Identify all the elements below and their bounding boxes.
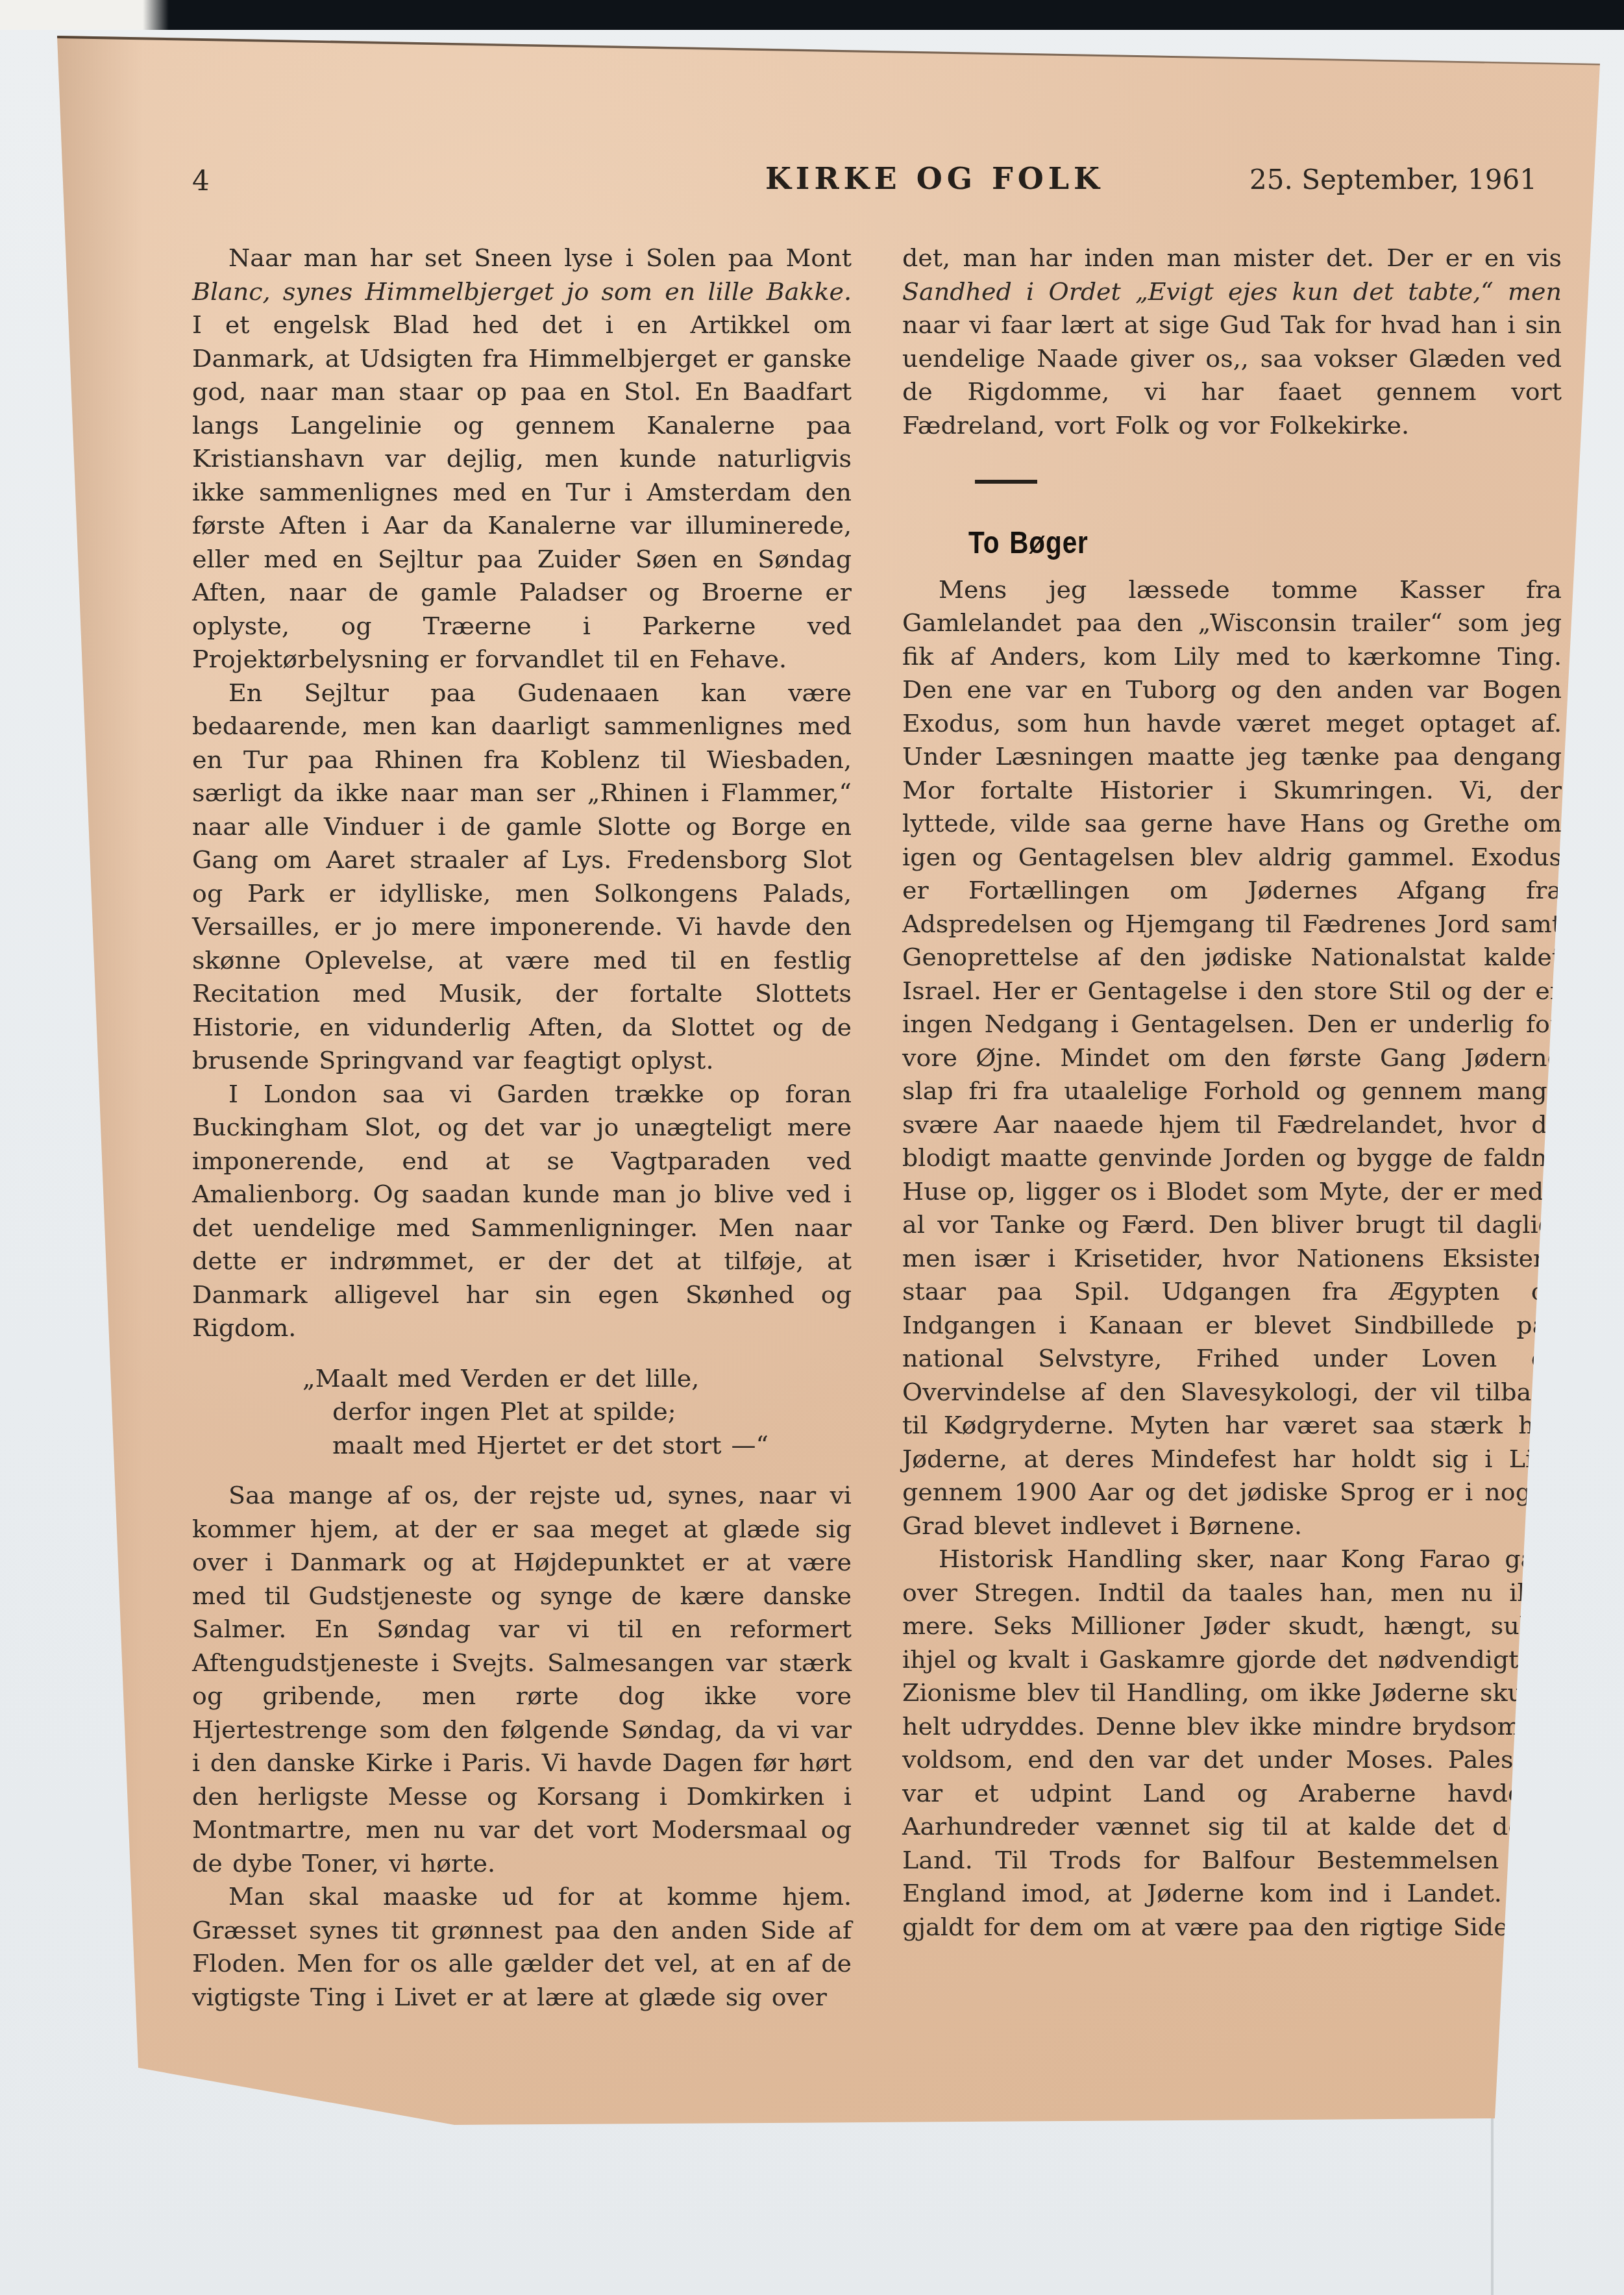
left-column: Naar man har set Sneen lyse i Solen paa … [192,242,852,2014]
poem-line: maalt med Hjertet er det stort —“ [332,1429,852,1463]
scanned-journal-page: { "header": { "page_number": "4", "title… [0,0,1624,2295]
page-number: 4 [192,165,210,197]
issue-date: 25. September, 1961 [1249,164,1537,195]
poem-quote: „Maalt med Verden er det lille, derfor i… [302,1362,852,1463]
paragraph-text: Naar man har set Sneen lyse i Solen paa … [228,243,852,272]
paragraph-text: det, man har inden man mister det. Der e… [902,243,1562,272]
scanner-top-band [0,0,1624,30]
paragraph-continuation: det, man har inden man mister det. Der e… [902,242,1562,442]
paragraph-london-garden: I London saa vi Garden trække op foran B… [192,1078,852,1345]
paragraph-graesset-groennest: Man skal maaske ud for at komme hjem. Gr… [192,1880,852,2014]
poem-line: „Maalt med Verden er det lille, [302,1362,852,1396]
section-heading-to-boeger: To Bøger [968,525,1089,562]
paragraph-text: naar vi faar lært at sige Gud Tak for hv… [902,310,1562,440]
italic-phrase: Blanc, synes Himmelbjerget jo som en lil… [192,277,852,306]
journal-page: 4 KIRKE OG FOLK 25. September, 1961 Naar… [0,0,1624,2295]
right-column: det, man har inden man mister det. Der e… [902,242,1562,1944]
underlying-sheet-edge [1491,2097,1494,2295]
paragraph-hjemkomst: Saa mange af os, der rejste ud, synes, n… [192,1479,852,1880]
poem-line: derfor ingen Plet at spilde; [332,1395,852,1429]
paragraph-exodus-bog: Mens jeg læssede tomme Kasser fra Gamlel… [902,573,1562,1543]
paragraph-historisk-handling: Historisk Handling sker, naar Kong Farao… [902,1543,1562,1944]
paragraph-sejltur-gudenaaen: En Sejltur paa Gudenaaen kan være bedaar… [192,676,852,1078]
paragraph-travel-comparisons: Naar man har set Sneen lyse i Solen paa … [192,242,852,676]
section-divider-rule [975,480,1037,484]
journal-title: KIRKE OG FOLK [765,161,1104,196]
paragraph-text: I et engelsk Blad hed det i en Artikkel … [192,310,852,673]
italic-phrase: Sandhed i Ordet „Evigt ejes kun det tabt… [902,277,1562,306]
